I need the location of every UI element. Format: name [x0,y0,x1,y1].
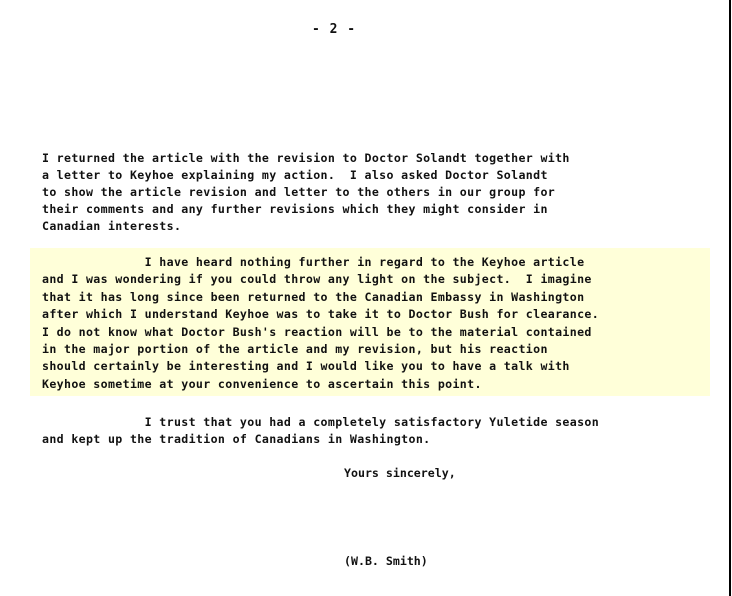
page-edge-line [729,0,731,596]
text-line: and kept up the tradition of Canadians i… [42,431,431,447]
closing-salutation: Yours sincerely, [344,466,456,480]
signature: (W.B. Smith) [344,554,428,568]
text-line: to show the article revision and letter … [42,184,555,200]
text-line: Canadian interests. [42,218,181,234]
text-line: should certainly be interesting and I wo… [42,358,570,374]
text-line: I returned the article with the revision… [42,150,570,166]
text-line: I trust that you had a completely satisf… [42,414,599,430]
text-line: in the major portion of the article and … [42,341,548,357]
text-line: that it has long since been returned to … [42,289,584,305]
text-line: their comments and any further revisions… [42,201,548,217]
text-line: and I was wondering if you could throw a… [42,271,592,287]
text-line: I have heard nothing further in regard t… [42,254,584,270]
text-line: I do not know what Doctor Bush's reactio… [42,324,592,340]
page-number: - 2 - [312,22,356,37]
text-line: a letter to Keyhoe explaining my action.… [42,167,548,183]
text-line: Keyhoe sometime at your convenience to a… [42,376,482,392]
text-line: after which I understand Keyhoe was to t… [42,306,599,322]
